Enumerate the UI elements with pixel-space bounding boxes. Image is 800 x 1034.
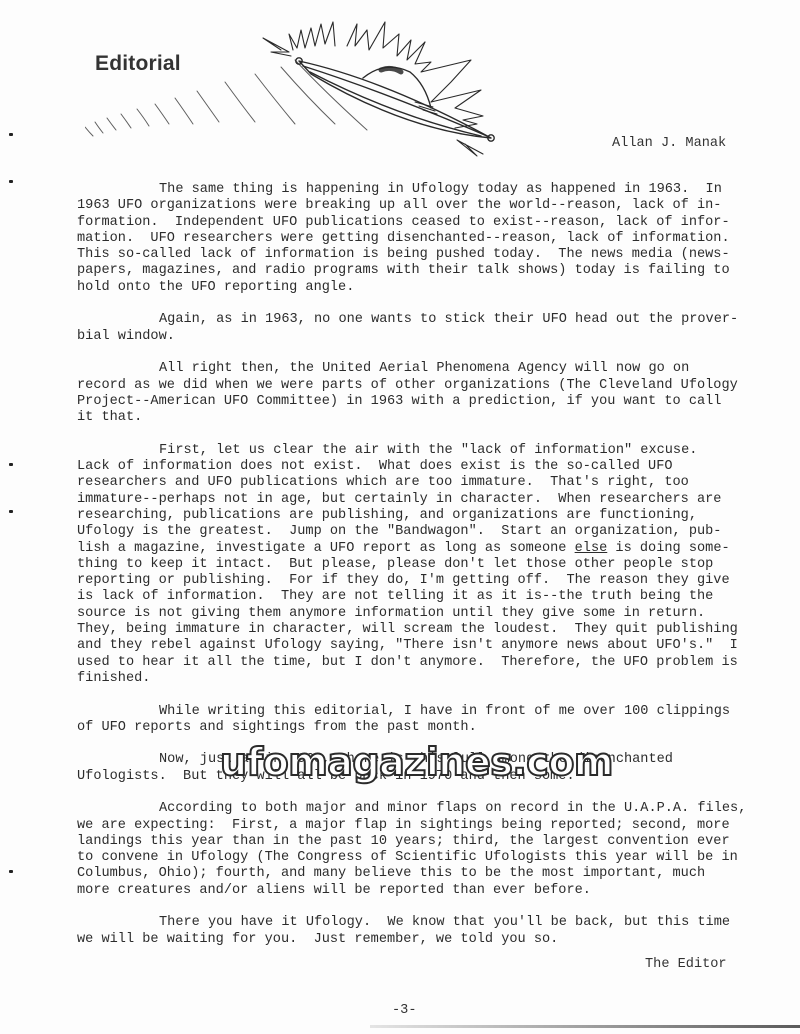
page-bottom-edge — [370, 1025, 800, 1028]
paragraph: All right then, the United Aerial Phenom… — [77, 361, 757, 426]
binder-hole-mark — [9, 133, 13, 136]
text-line: The same thing is happening in Ufology t… — [77, 182, 757, 198]
text-line: more creatures and/or aliens will be rep… — [77, 883, 757, 899]
page-number: -3- — [392, 1003, 416, 1018]
editorial-body: The same thing is happening in Ufology t… — [77, 182, 757, 964]
text-line: formation. Independent UFO publications … — [77, 215, 757, 231]
text-line: According to both major and minor flaps … — [77, 801, 757, 817]
text-line: All right then, the United Aerial Phenom… — [77, 361, 757, 377]
paragraph: According to both major and minor flaps … — [77, 801, 757, 899]
flying-saucer-illustration-icon — [85, 12, 525, 162]
binder-hole-mark — [9, 180, 13, 183]
text-line: we are expecting: First, a major flap in… — [77, 818, 757, 834]
text-line: mation. UFO researchers were getting dis… — [77, 231, 757, 247]
text-line: is lack of information. They are not tel… — [77, 589, 757, 605]
signoff: The Editor — [645, 957, 727, 972]
text-line: finished. — [77, 671, 757, 687]
text-line: of UFO reports and sightings from the pa… — [77, 720, 757, 736]
text-line: Columbus, Ohio); fourth, and many believ… — [77, 866, 757, 882]
text-line: This so-called lack of information is be… — [77, 247, 757, 263]
author-byline: Allan J. Manak — [612, 136, 726, 151]
paragraph: While writing this editorial, I have in … — [77, 704, 757, 737]
text-line: researchers and UFO publications which a… — [77, 475, 757, 491]
text-line: we will be waiting for you. Just remembe… — [77, 932, 757, 948]
text-line: 1963 UFO organizations were breaking up … — [77, 198, 757, 214]
text-line: While writing this editorial, I have in … — [77, 704, 757, 720]
emphasized-word: else — [575, 541, 608, 556]
paragraph: The same thing is happening in Ufology t… — [77, 182, 757, 296]
document-page: Editorial — [0, 0, 800, 1034]
site-watermark: ufomagazines.com — [220, 740, 613, 784]
binder-hole-mark — [9, 870, 13, 873]
text-line: First, let us clear the air with the "la… — [77, 443, 757, 459]
text-line: bial window. — [77, 329, 757, 345]
text-line: landings this year than in the past 10 y… — [77, 834, 757, 850]
text-line: papers, magazines, and radio programs wi… — [77, 263, 757, 279]
text-line: thing to keep it intact. But please, ple… — [77, 557, 757, 573]
paragraph: First, let us clear the air with the "la… — [77, 443, 757, 687]
text-line: record as we did when we were parts of o… — [77, 378, 757, 394]
text-line: Ufology is the greatest. Jump on the "Ba… — [77, 524, 757, 540]
text-line: used to hear it all the time, but I don'… — [77, 655, 757, 671]
text-line: Project--American UFO Committee) in 1963… — [77, 394, 757, 410]
paragraph: There you have it Ufology. We know that … — [77, 915, 757, 948]
text-line: Lack of information does not exist. What… — [77, 459, 757, 475]
text-line: lish a magazine, investigate a UFO repor… — [77, 541, 757, 557]
binder-hole-mark — [9, 463, 13, 466]
text-line: Again, as in 1963, no one wants to stick… — [77, 312, 757, 328]
paragraph: Again, as in 1963, no one wants to stick… — [77, 312, 757, 345]
text-line: They, being immature in character, will … — [77, 622, 757, 638]
text-line: immature--perhaps not in age, but certai… — [77, 492, 757, 508]
text-line: reporting or publishing. For if they do,… — [77, 573, 757, 589]
text-line: researching, publications are publishing… — [77, 508, 757, 524]
binder-hole-mark — [9, 510, 13, 513]
text-line: There you have it Ufology. We know that … — [77, 915, 757, 931]
text-line: it that. — [77, 410, 757, 426]
text-line: to convene in Ufology (The Congress of S… — [77, 850, 757, 866]
text-line: and they rebel against Ufology saying, "… — [77, 638, 757, 654]
text-line: hold onto the UFO reporting angle. — [77, 280, 757, 296]
text-line: source is not giving them anymore inform… — [77, 606, 757, 622]
